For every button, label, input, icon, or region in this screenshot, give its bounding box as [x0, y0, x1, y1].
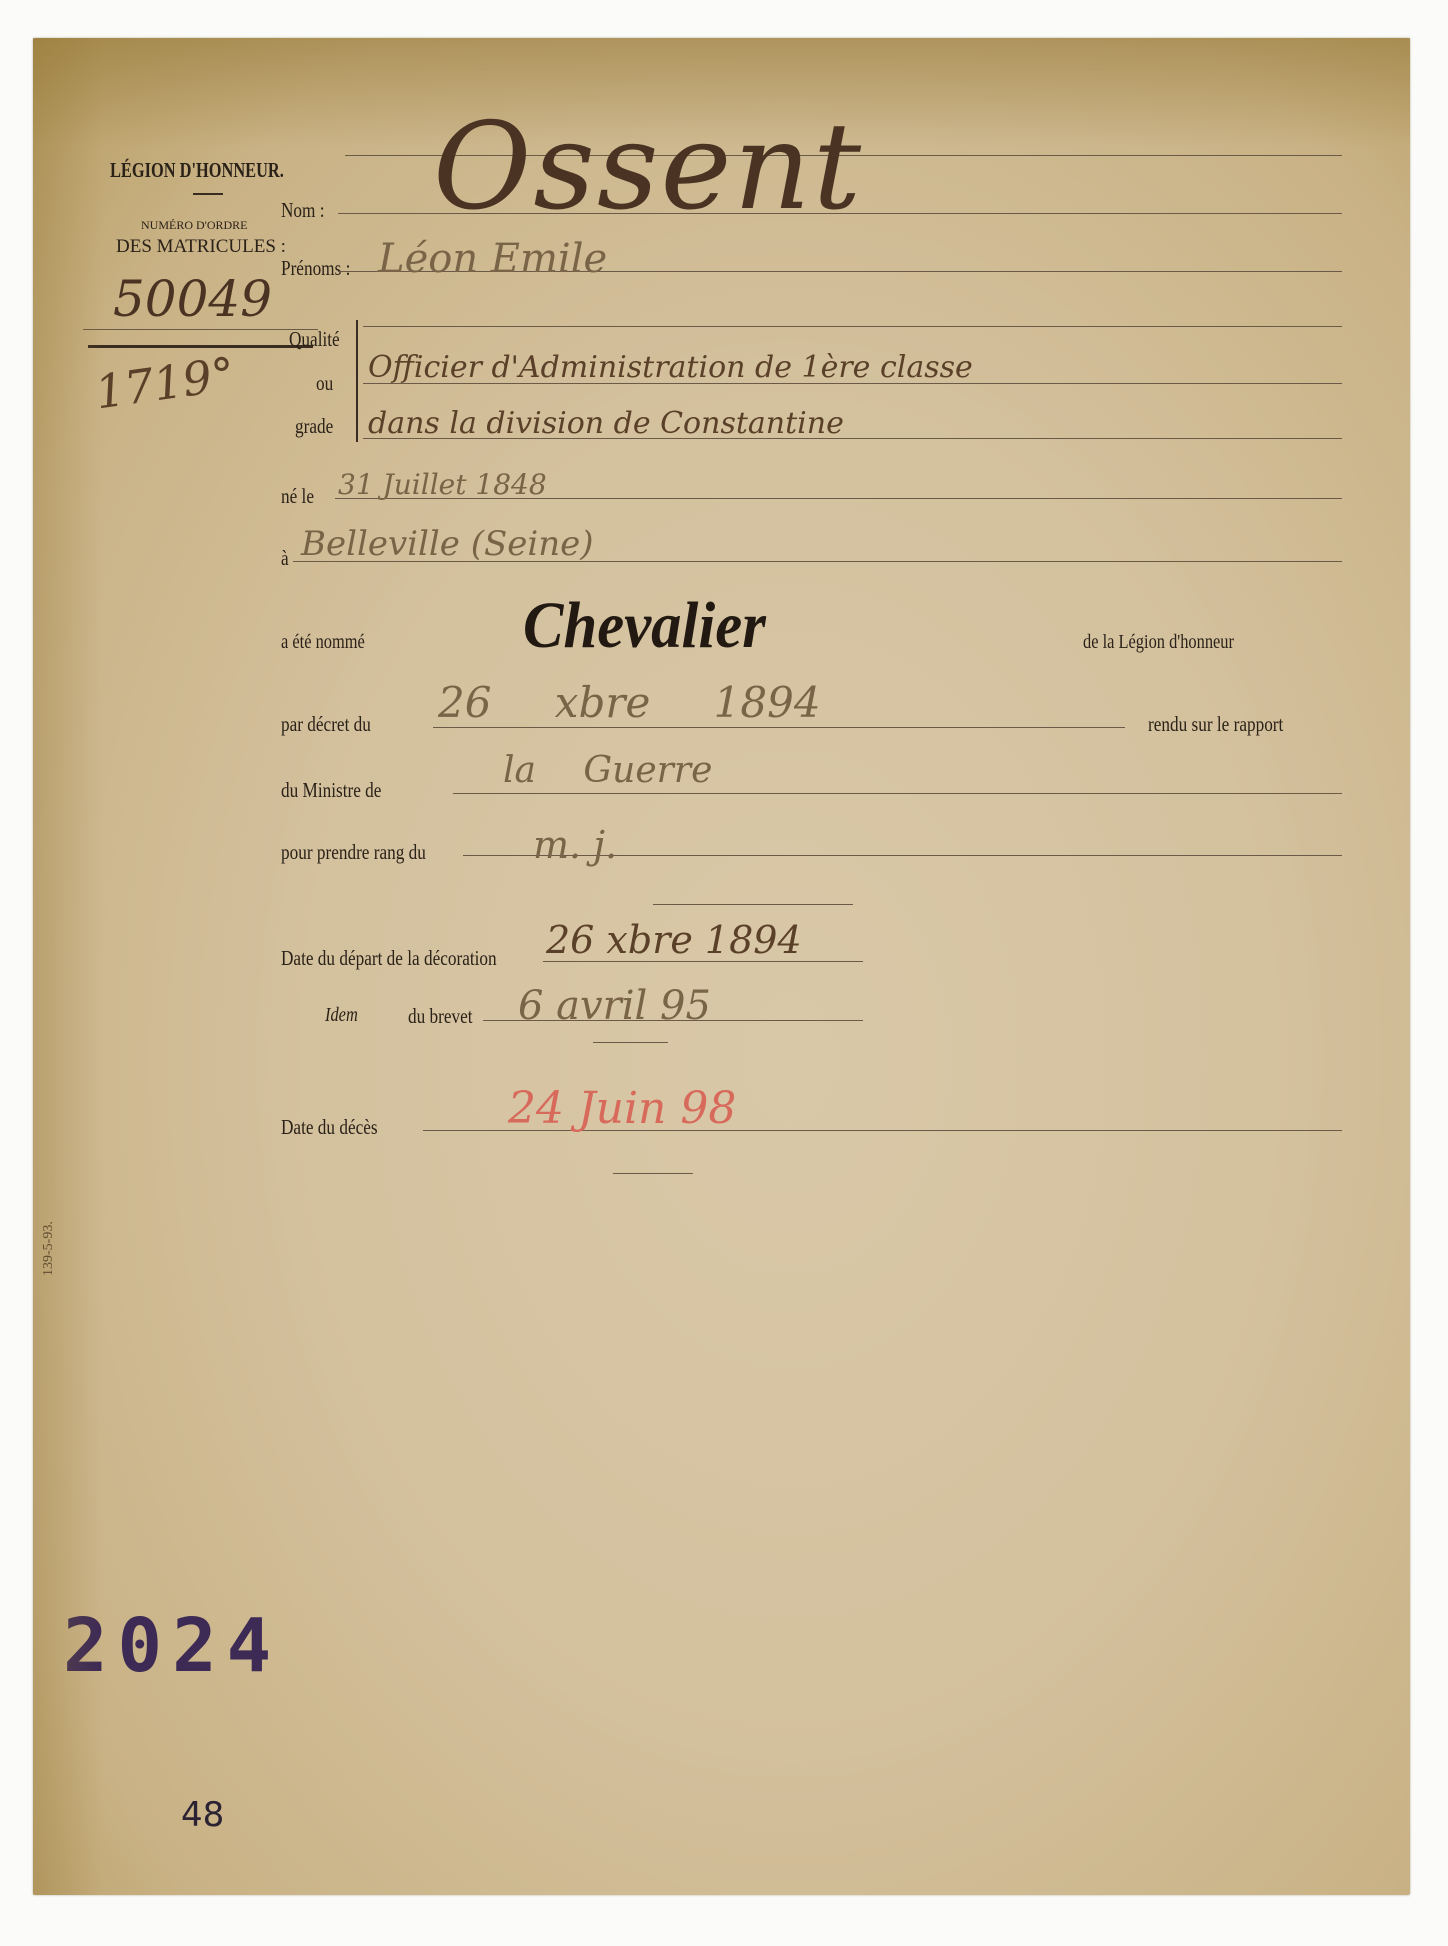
ornamental-rule — [88, 345, 313, 348]
matricule-number: 50049 — [113, 270, 272, 328]
brevet-label: du brevet — [408, 1004, 473, 1029]
depart-label: Date du départ de la décoration — [281, 946, 497, 971]
ou-label: ou — [316, 371, 333, 396]
qualite-rule-1 — [363, 326, 1342, 327]
brevet-end-rule — [593, 1042, 668, 1043]
rang-value: m. j. — [533, 823, 617, 867]
rang-label: pour prendre rang du — [281, 840, 426, 865]
des-matricules-label: DES MATRICULES : — [116, 236, 286, 258]
legion-title: LÉGION D'HONNEUR. — [110, 158, 284, 183]
secondary-number: 1719° — [92, 347, 238, 420]
legion-honneur-record-card: LÉGION D'HONNEUR. NUMÉRO D'ORDRE DES MAT… — [33, 38, 1410, 1895]
rang-end-rule — [653, 904, 853, 905]
ne-le-label: né le — [281, 484, 314, 509]
qualite-label: Qualité — [289, 327, 340, 352]
numero-ordre-label: NUMÉRO D'ORDRE — [141, 218, 248, 233]
page-number: 48 — [181, 1795, 224, 1835]
nomme-label: a été nommé — [281, 631, 365, 654]
a-value: Belleville (Seine) — [301, 524, 594, 564]
matricule-rule — [83, 329, 318, 330]
nom-label: Nom : — [281, 198, 325, 223]
prenoms-value: Léon Emile — [378, 236, 607, 282]
title-underline — [193, 193, 223, 195]
qualite-value-line-1: Officier d'Administration de 1ère classe — [368, 350, 973, 385]
decret-label: par décret du — [281, 712, 371, 737]
a-label: à — [281, 546, 289, 571]
idem-label: Idem — [325, 1004, 358, 1027]
grade-title: Chevalier — [523, 588, 766, 664]
ministre-rule — [453, 793, 1342, 794]
archive-stamp-number: 2024 — [63, 1603, 281, 1689]
qualite-brace — [356, 320, 358, 442]
ne-le-value: 31 Juillet 1848 — [338, 468, 547, 501]
decret-rule — [433, 727, 1125, 728]
brevet-value: 6 avril 95 — [518, 983, 711, 1029]
print-code: 139-5-93. — [41, 1221, 57, 1276]
rapport-label: rendu sur le rapport — [1148, 712, 1283, 737]
ministre-label: du Ministre de — [281, 778, 381, 803]
deces-value: 24 Juin 98 — [508, 1083, 736, 1134]
qualite-value-line-2: dans la division de Constantine — [368, 406, 844, 441]
decret-value: 26 xbre 1894 — [438, 678, 821, 727]
depart-value: 26 xbre 1894 — [546, 918, 802, 962]
nom-value: Ossent — [433, 98, 863, 237]
ministre-value: la Guerre — [503, 750, 712, 791]
deces-label: Date du décès — [281, 1115, 378, 1140]
deces-end-rule — [613, 1173, 693, 1174]
legion-label: de la Légion d'honneur — [1083, 631, 1234, 654]
prenoms-label: Prénoms : — [281, 256, 350, 281]
grade-label: grade — [295, 414, 333, 439]
